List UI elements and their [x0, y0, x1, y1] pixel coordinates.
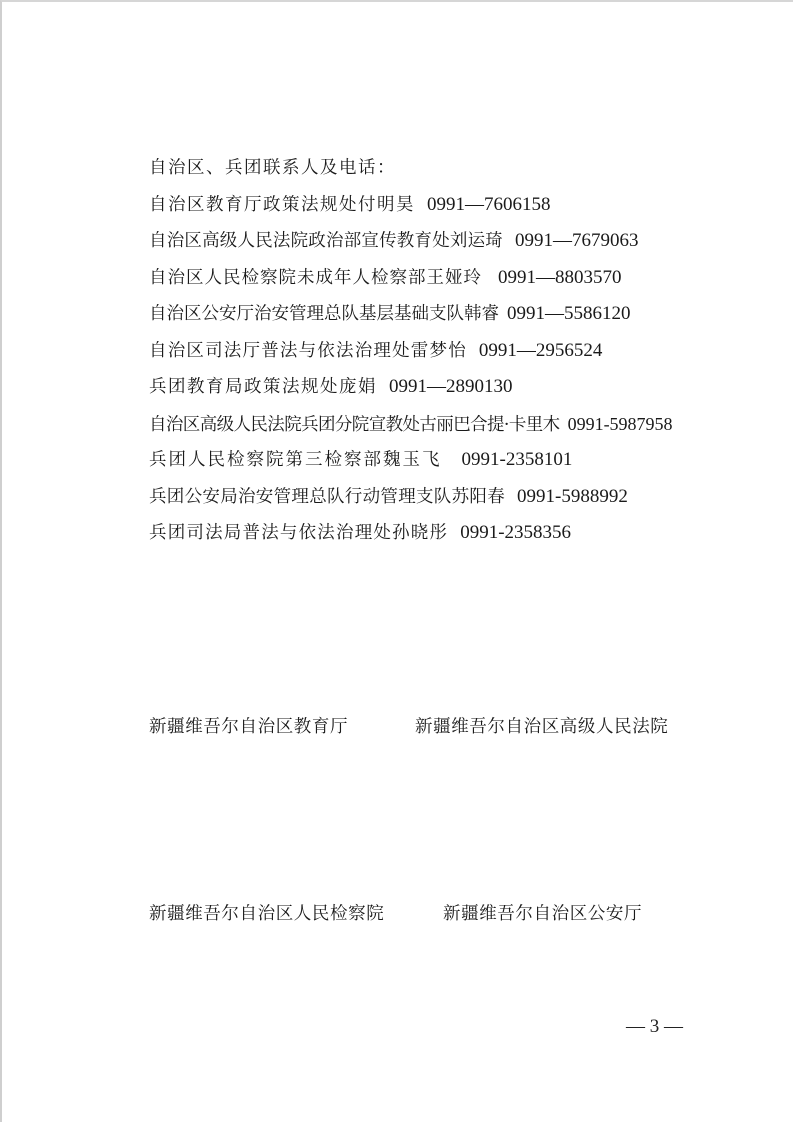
contact-name: 自治区司法厅普法与依法治理处雷梦怡	[149, 341, 467, 361]
contact-name: 兵团人民检察院第三检察部魏玉飞	[149, 450, 442, 470]
contact-item: 兵团教育局政策法规处庞娟0991—2890130	[149, 369, 749, 406]
contact-phone: 0991-5988992	[517, 486, 628, 507]
contact-phone: 0991-2358356	[460, 522, 571, 543]
contact-name: 兵团司法局普法与依法治理处孙晓彤	[149, 523, 448, 543]
contact-item: 自治区司法厅普法与依法治理处雷梦怡0991—2956524	[149, 333, 749, 370]
contact-heading: 自治区、兵团联系人及电话：	[149, 150, 749, 187]
contact-item: 兵团人民检察院第三检察部魏玉飞0991-2358101	[149, 442, 749, 479]
contact-item: 自治区教育厅政策法规处付明昊0991—7606158	[149, 187, 749, 224]
signature-education-dept: 新疆维吾尔自治区教育厅	[149, 713, 348, 738]
contact-name: 兵团公安局治安管理总队行动管理支队苏阳春	[149, 487, 505, 507]
contact-item: 自治区高级人民法院兵团分院宣教处古丽巴合提·卡里木0991-5987958	[149, 406, 749, 443]
contact-item: 自治区公安厅治安管理总队基层基础支队韩睿0991—5586120	[149, 296, 749, 333]
contact-name: 自治区教育厅政策法规处付明昊	[149, 195, 415, 215]
contact-name: 自治区公安厅治安管理总队基层基础支队韩睿	[149, 304, 499, 324]
contact-item: 兵团司法局普法与依法治理处孙晓彤0991-2358356	[149, 515, 749, 552]
contact-phone: 0991—2890130	[389, 376, 513, 397]
contact-phone: 0991-5987958	[568, 414, 673, 434]
signature-public-security: 新疆维吾尔自治区公安厅	[443, 900, 642, 925]
contact-phone: 0991—5586120	[507, 303, 631, 324]
contact-name: 自治区高级人民法院兵团分院宣教处古丽巴合提·卡里木	[149, 415, 560, 435]
contact-name: 自治区高级人民法院政治部宣传教育处刘运琦	[149, 231, 503, 251]
contact-phone: 0991—2956524	[479, 340, 603, 361]
contact-name: 自治区人民检察院未成年人检察部王娅玲	[149, 268, 482, 288]
contact-item: 自治区人民检察院未成年人检察部王娅玲0991—8803570	[149, 260, 749, 297]
contact-item: 自治区高级人民法院政治部宣传教育处刘运琦0991—7679063	[149, 223, 749, 260]
contact-phone: 0991—7606158	[427, 194, 551, 215]
signature-high-court: 新疆维吾尔自治区高级人民法院	[415, 713, 668, 738]
contact-name: 兵团教育局政策法规处庞娟	[149, 377, 377, 397]
contact-list: 自治区、兵团联系人及电话： 自治区教育厅政策法规处付明昊0991—7606158…	[149, 150, 749, 552]
contact-phone: 0991—7679063	[515, 230, 639, 251]
contact-item: 兵团公安局治安管理总队行动管理支队苏阳春0991-5988992	[149, 479, 749, 516]
document-page: 自治区、兵团联系人及电话： 自治区教育厅政策法规处付明昊0991—7606158…	[0, 0, 793, 1122]
contact-phone: 0991-2358101	[462, 449, 573, 470]
signature-procuratorate: 新疆维吾尔自治区人民检察院	[149, 900, 384, 925]
page-number: — 3 —	[626, 1016, 683, 1038]
contact-phone: 0991—8803570	[498, 267, 622, 288]
heading-text: 自治区、兵团联系人及电话：	[149, 158, 396, 178]
